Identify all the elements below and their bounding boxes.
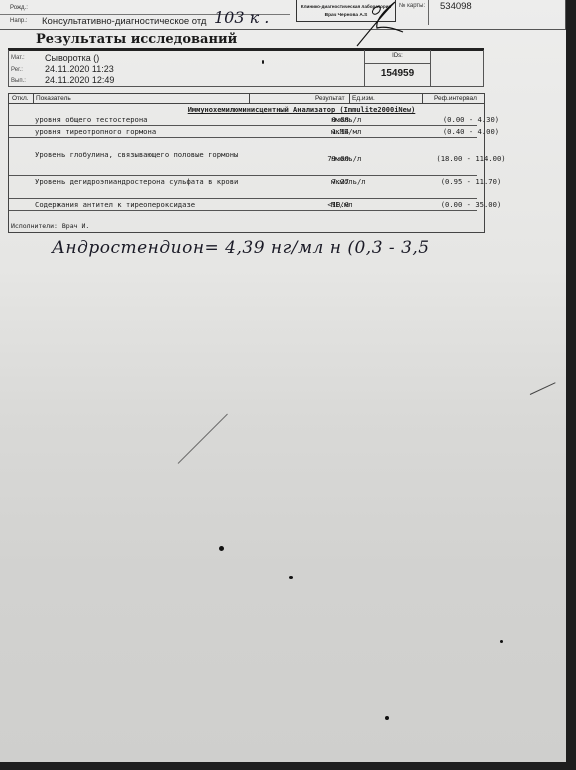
rozhd-label: Рожд.: xyxy=(10,5,28,11)
napr-label: Напр.: xyxy=(10,18,28,24)
table-header: Откл. Показатель Результат Ед.изм. Реф.и… xyxy=(9,94,484,104)
col-indicator: Показатель xyxy=(36,95,71,102)
indicator-name: Уровень дегидроэпиандростерона сульфата … xyxy=(35,177,265,187)
handwritten-note: Андростендион= 4,39 нг/мл н (0,3 - 3,5 xyxy=(52,238,430,258)
unit-value: мкмоль/л xyxy=(331,177,366,186)
completed-label: Вып.: xyxy=(11,78,26,84)
background-edge xyxy=(0,762,576,770)
material-label: Мат.: xyxy=(11,55,25,61)
background-edge xyxy=(566,0,576,770)
speck xyxy=(289,576,293,579)
reference-range: (0.40 - 4.00) xyxy=(421,127,521,136)
executors: Исполнители: Врач И. xyxy=(11,222,89,230)
unit-value: МЕ/мл xyxy=(331,200,353,209)
napr-value: Консультативно-диагностическое отд xyxy=(42,16,206,27)
table-row: Содержания антител к тиреопероксидазе<10… xyxy=(9,200,477,211)
document-paper: Рожд.: Напр.: Консультативно-диагностиче… xyxy=(0,0,566,762)
ids-label: IDs: xyxy=(365,53,430,64)
divider xyxy=(249,94,250,104)
registered-label: Рег.: xyxy=(11,67,23,73)
divider xyxy=(349,94,350,104)
analyzer-title: Иммунохемилюминисцентный Анализатор (Imm… xyxy=(9,106,484,114)
ids-cell: IDs: 154959 xyxy=(364,50,431,86)
reference-range: (18.00 - 114.00) xyxy=(421,154,521,163)
unit-value: нмоль/л xyxy=(331,154,361,163)
reference-range: (0.00 - 35.00) xyxy=(421,200,521,209)
scratch xyxy=(530,382,556,395)
reference-range: (0.95 - 11.70) xyxy=(421,177,521,186)
col-reference: Реф.интервал xyxy=(434,95,477,102)
col-deviation: Откл. xyxy=(12,95,29,102)
table-row: Уровень глобулина, связывающего половые … xyxy=(9,139,477,176)
registered-value: 24.11.2020 11:23 xyxy=(45,64,114,74)
signature xyxy=(355,0,435,50)
divider xyxy=(422,94,423,104)
table-row: уровня тиреотропного гормона1.14мкМЕ/мл(… xyxy=(9,127,477,138)
speck xyxy=(500,640,503,643)
table-row: Уровень дегидроэпиандростерона сульфата … xyxy=(9,177,477,199)
reference-range: (0.00 - 4.30) xyxy=(421,115,521,124)
indicator-name: уровня тиреотропного гормона xyxy=(35,127,265,137)
page-title: Результаты исследований xyxy=(36,32,237,47)
indicator-name: Содержания антител к тиреопероксидазе xyxy=(35,200,265,210)
scratch xyxy=(178,414,228,464)
sample-info-box: Мат.: Сыворотка () Рег.: 24.11.2020 11:2… xyxy=(8,50,484,87)
completed-value: 24.11.2020 12:49 xyxy=(45,75,114,85)
results-table: Откл. Показатель Результат Ед.изм. Реф.и… xyxy=(8,93,485,233)
material-value: Сыворотка () xyxy=(45,53,99,63)
speck xyxy=(219,546,224,551)
ids-value: 154959 xyxy=(365,68,430,79)
table-row: уровня общего тестостерона0.88нмоль/л(0.… xyxy=(9,115,477,126)
col-unit: Ед.изм. xyxy=(352,95,375,102)
card-number-value: 534098 xyxy=(440,1,472,12)
divider xyxy=(33,94,34,104)
indicator-name: уровня общего тестостерона xyxy=(35,115,265,125)
unit-value: мкМЕ/мл xyxy=(331,127,361,136)
col-result: Результат xyxy=(315,95,345,102)
handwritten-room: 103 к . xyxy=(214,8,269,27)
indicator-name: Уровень глобулина, связывающего половые … xyxy=(35,150,265,160)
speck xyxy=(385,716,389,720)
unit-value: нмоль/л xyxy=(331,115,361,124)
speck xyxy=(262,60,264,64)
